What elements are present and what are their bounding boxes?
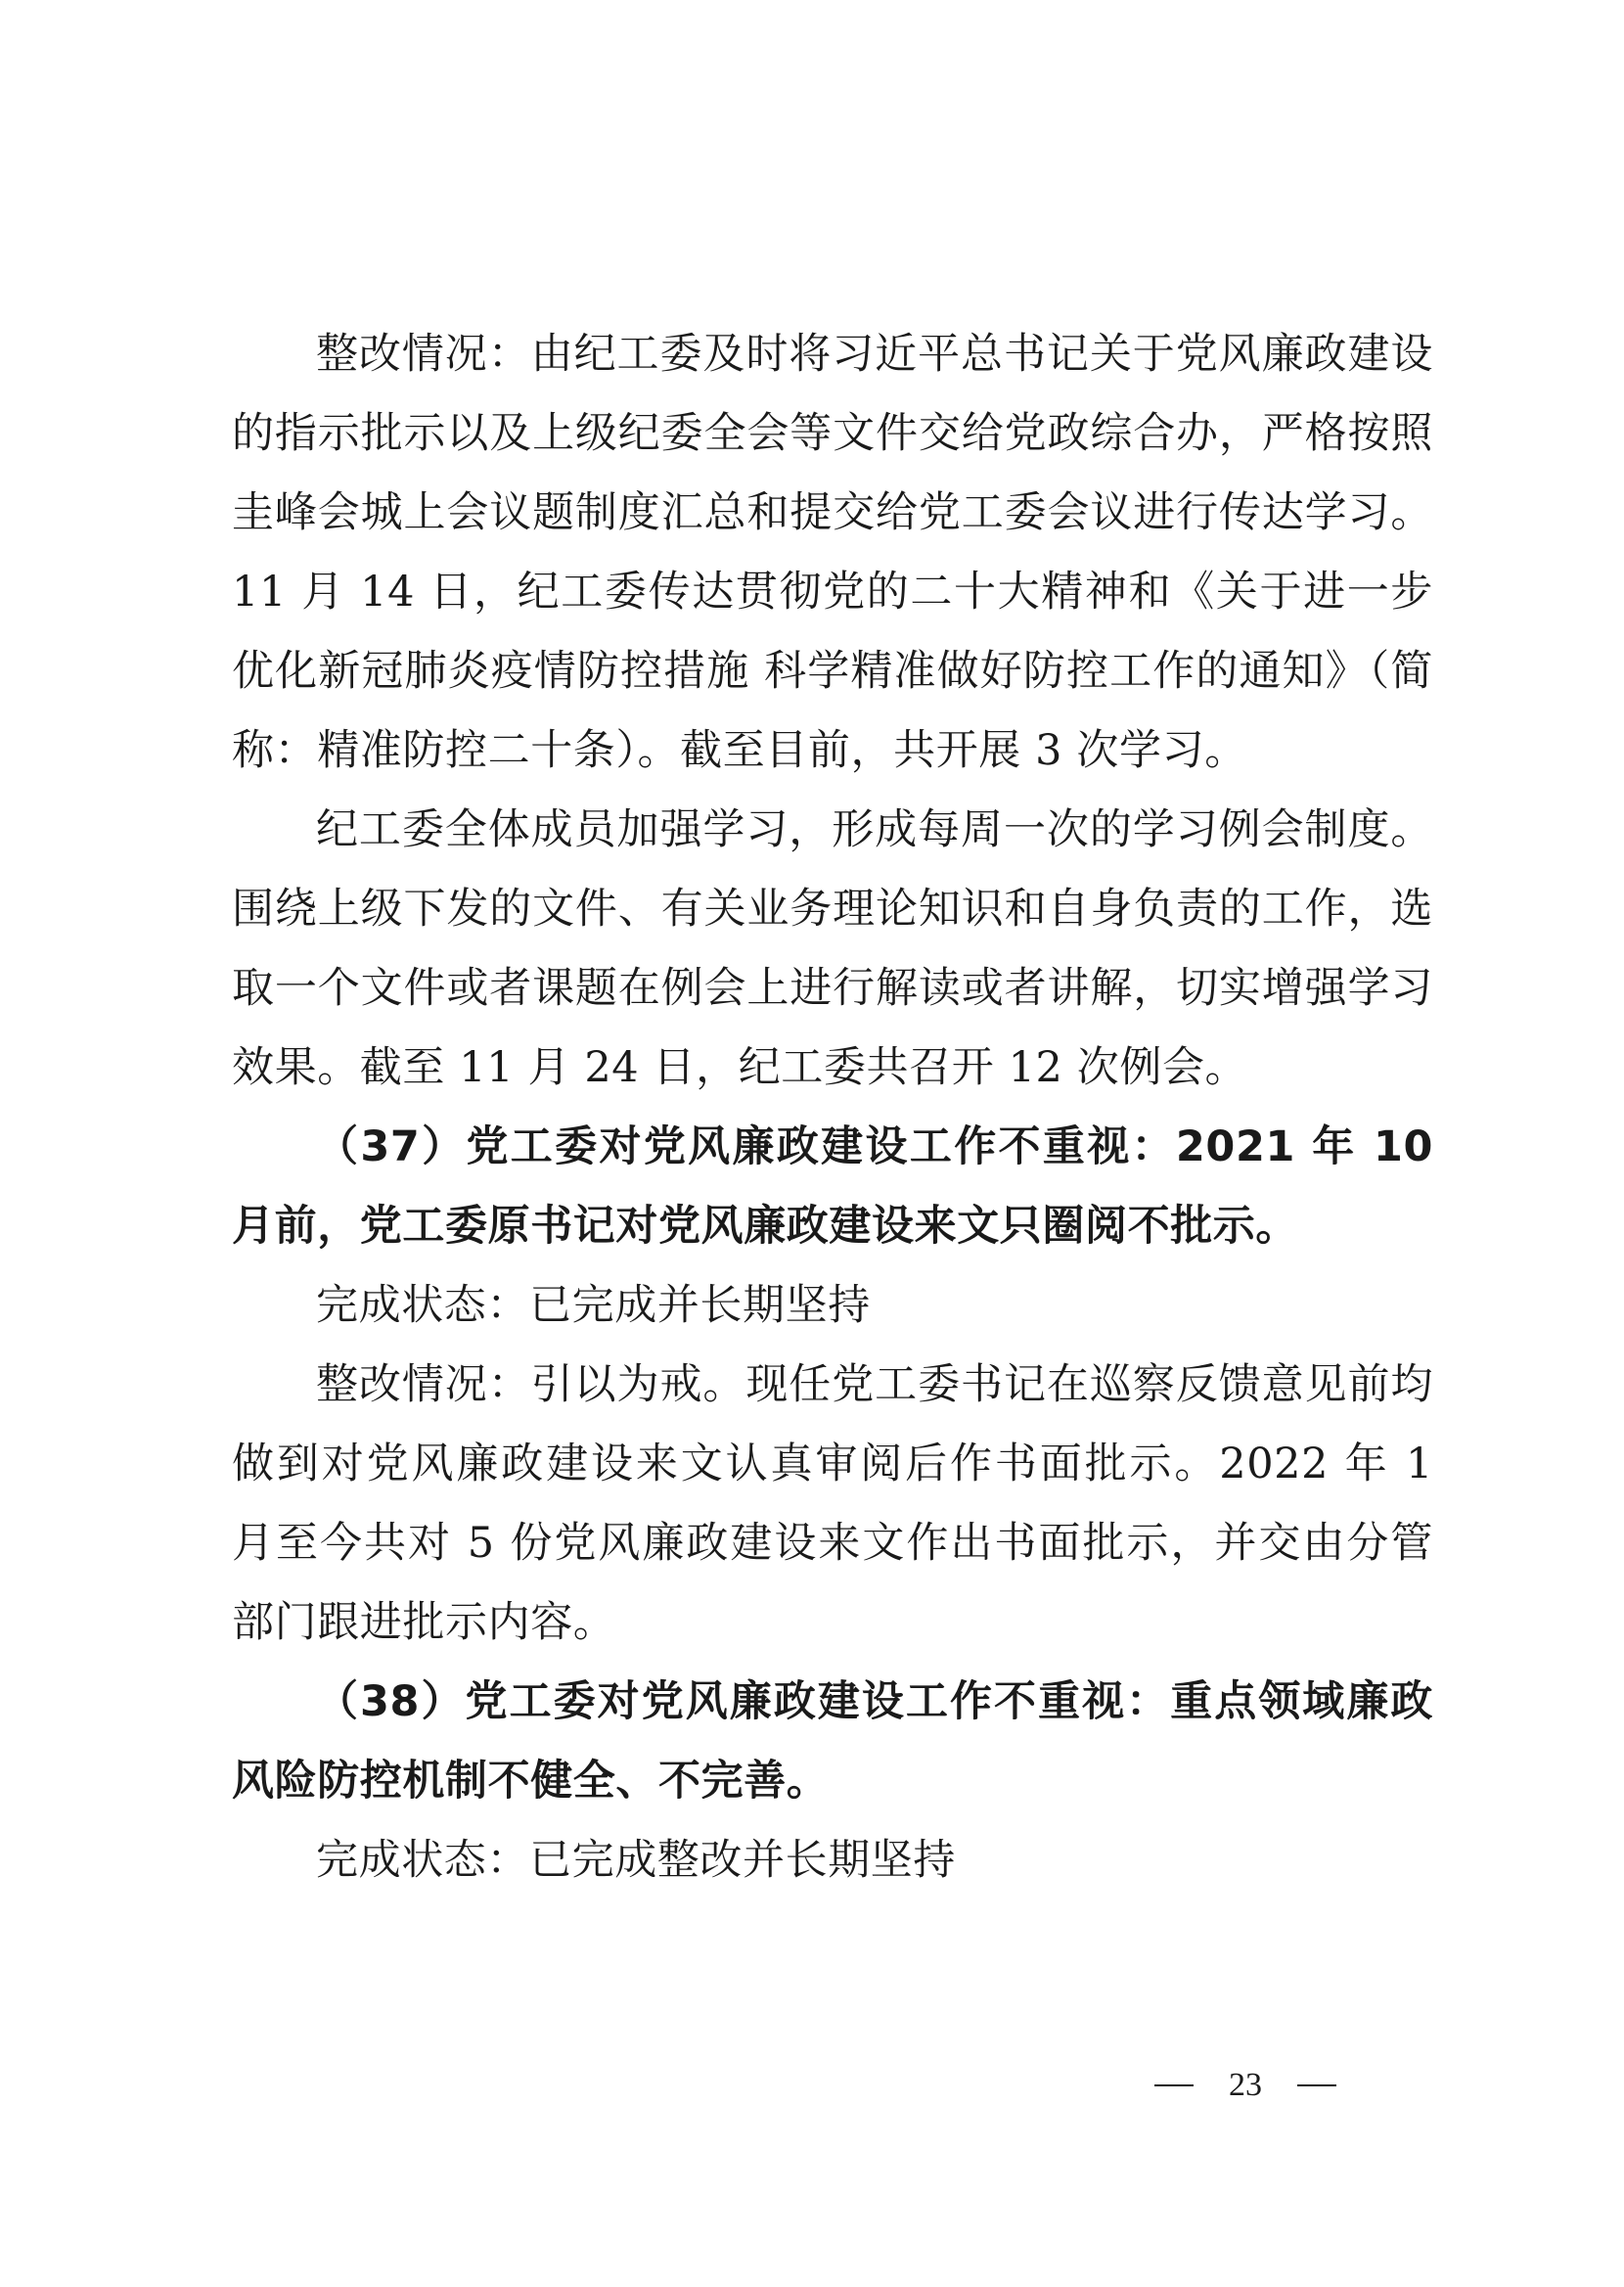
completion-status-38: 完成状态：已完成整改并长期坚持 (232, 1821, 1433, 1900)
document-page: 整改情况：由纪工委及时将习近平总书记关于党风廉政建设的指示批示以及上级纪委全会等… (232, 315, 1433, 1900)
rectification-paragraph-2: 纪工委全体成员加强学习，形成每周一次的学习例会制度。围绕上级下发的文件、有关业务… (232, 791, 1433, 1108)
issue-heading-38: （38）党工委对党风廉政建设工作不重视：重点领域廉政风险防控机制不健全、不完善。 (232, 1663, 1433, 1821)
page-number: 23 (1229, 2067, 1262, 2104)
rectification-paragraph-1: 整改情况：由纪工委及时将习近平总书记关于党风廉政建设的指示批示以及上级纪委全会等… (232, 315, 1433, 791)
issue-heading-37: （37）党工委对党风廉政建设工作不重视：2021 年 10 月前，党工委原书记对… (232, 1108, 1433, 1266)
dash-left-icon (1154, 2084, 1194, 2086)
page-footer: 23 (1154, 2067, 1336, 2104)
dash-right-icon (1297, 2084, 1336, 2086)
completion-status-37: 完成状态：已完成并长期坚持 (232, 1266, 1433, 1346)
rectification-paragraph-37: 整改情况：引以为戒。现任党工委书记在巡察反馈意见前均做到对党风廉政建设来文认真审… (232, 1346, 1433, 1663)
